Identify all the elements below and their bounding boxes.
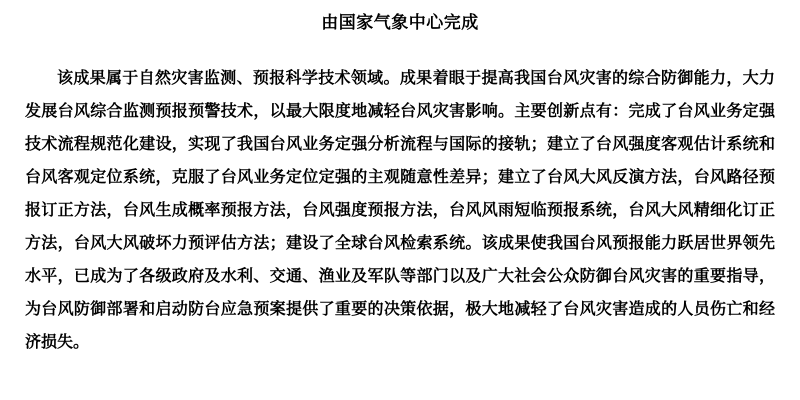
document-page: 由国家气象中心完成 该成果属于自然灾害监测、预报科学技术领域。成果着眼于提高我国…	[0, 0, 800, 400]
document-title: 由国家气象中心完成	[0, 0, 800, 33]
document-paragraph: 该成果属于自然灾害监测、预报科学技术领域。成果着眼于提高我国台风灾害的综合防御能…	[25, 62, 775, 359]
